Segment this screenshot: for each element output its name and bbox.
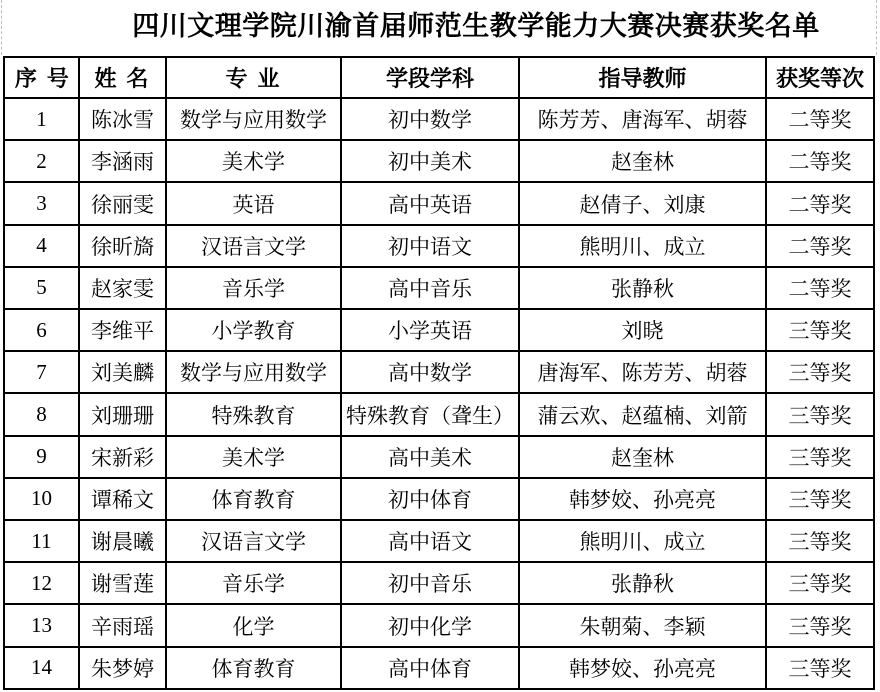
cell-major: 汉语言文学	[166, 520, 341, 562]
cell-name: 赵家雯	[79, 267, 166, 309]
cell-advisors: 赵奎林	[519, 436, 766, 478]
cell-subject: 特殊教育（聋生）	[341, 393, 519, 435]
cell-award: 二等奖	[766, 140, 874, 182]
cell-subject: 初中音乐	[341, 562, 519, 604]
document-page: 四川文理学院川渝首届师范生教学能力大赛决赛获奖名单 序号姓名专业学段学科指导教师…	[0, 0, 880, 692]
cell-name: 陈冰雪	[79, 98, 166, 140]
cell-subject: 初中体育	[341, 478, 519, 520]
table-row: 1陈冰雪数学与应用数学初中数学陈芳芳、唐海军、胡蓉二等奖	[4, 98, 874, 140]
cell-award: 二等奖	[766, 98, 874, 140]
column-header-subject: 学段学科	[341, 57, 519, 98]
cell-no: 6	[4, 309, 79, 351]
cell-advisors: 熊明川、成立	[519, 225, 766, 267]
cell-subject: 高中美术	[341, 436, 519, 478]
cell-award: 三等奖	[766, 309, 874, 351]
cell-name: 李涵雨	[79, 140, 166, 182]
cell-advisors: 刘晓	[519, 309, 766, 351]
cell-advisors: 赵倩子、刘康	[519, 182, 766, 224]
cell-advisors: 朱朝菊、李颖	[519, 604, 766, 646]
cell-no: 7	[4, 351, 79, 393]
cell-name: 刘珊珊	[79, 393, 166, 435]
table-row: 7刘美麟数学与应用数学高中数学唐海军、陈芳芳、胡蓉三等奖	[4, 351, 874, 393]
table-row: 6李维平小学教育小学英语刘晓三等奖	[4, 309, 874, 351]
column-header-award: 获奖等次	[766, 57, 874, 98]
cell-major: 体育教育	[166, 647, 341, 689]
cell-subject: 高中体育	[341, 647, 519, 689]
cell-no: 2	[4, 140, 79, 182]
cell-award: 三等奖	[766, 562, 874, 604]
page-title: 四川文理学院川渝首届师范生教学能力大赛决赛获奖名单	[0, 6, 880, 46]
cell-no: 5	[4, 267, 79, 309]
cell-subject: 初中化学	[341, 604, 519, 646]
cell-name: 谢晨曦	[79, 520, 166, 562]
table-row: 10谭稀文体育教育初中体育韩梦姣、孙亮亮三等奖	[4, 478, 874, 520]
cell-major: 汉语言文学	[166, 225, 341, 267]
table-row: 11谢晨曦汉语言文学高中语文熊明川、成立三等奖	[4, 520, 874, 562]
cell-name: 辛雨瑶	[79, 604, 166, 646]
cell-name: 李维平	[79, 309, 166, 351]
cell-award: 三等奖	[766, 351, 874, 393]
column-header-major: 专业	[166, 57, 341, 98]
cell-advisors: 韩梦姣、孙亮亮	[519, 478, 766, 520]
cell-award: 二等奖	[766, 225, 874, 267]
cell-subject: 高中数学	[341, 351, 519, 393]
cell-major: 英语	[166, 182, 341, 224]
cell-major: 美术学	[166, 140, 341, 182]
cell-name: 徐昕旖	[79, 225, 166, 267]
award-table: 序号姓名专业学段学科指导教师获奖等次 1陈冰雪数学与应用数学初中数学陈芳芳、唐海…	[3, 56, 875, 690]
cell-award: 三等奖	[766, 436, 874, 478]
cell-subject: 高中英语	[341, 182, 519, 224]
cell-advisors: 韩梦姣、孙亮亮	[519, 647, 766, 689]
cell-subject: 初中美术	[341, 140, 519, 182]
cell-award: 三等奖	[766, 647, 874, 689]
cell-award: 三等奖	[766, 393, 874, 435]
table-row: 2李涵雨美术学初中美术赵奎林二等奖	[4, 140, 874, 182]
cell-name: 朱梦婷	[79, 647, 166, 689]
cell-major: 美术学	[166, 436, 341, 478]
table-row: 4徐昕旖汉语言文学初中语文熊明川、成立二等奖	[4, 225, 874, 267]
table-header-row: 序号姓名专业学段学科指导教师获奖等次	[4, 57, 874, 98]
cell-name: 谭稀文	[79, 478, 166, 520]
table-row: 13辛雨瑶化学初中化学朱朝菊、李颖三等奖	[4, 604, 874, 646]
table-row: 5赵家雯音乐学高中音乐张静秋二等奖	[4, 267, 874, 309]
cell-award: 三等奖	[766, 478, 874, 520]
cell-major: 体育教育	[166, 478, 341, 520]
table-row: 3徐丽雯英语高中英语赵倩子、刘康二等奖	[4, 182, 874, 224]
table-body: 1陈冰雪数学与应用数学初中数学陈芳芳、唐海军、胡蓉二等奖2李涵雨美术学初中美术赵…	[4, 98, 874, 689]
cell-no: 4	[4, 225, 79, 267]
cell-no: 12	[4, 562, 79, 604]
cell-no: 11	[4, 520, 79, 562]
cell-name: 刘美麟	[79, 351, 166, 393]
cell-subject: 小学英语	[341, 309, 519, 351]
cell-advisors: 熊明川、成立	[519, 520, 766, 562]
table-row: 14朱梦婷体育教育高中体育韩梦姣、孙亮亮三等奖	[4, 647, 874, 689]
cell-award: 三等奖	[766, 520, 874, 562]
cell-name: 宋新彩	[79, 436, 166, 478]
table-row: 9宋新彩美术学高中美术赵奎林三等奖	[4, 436, 874, 478]
cell-subject: 初中语文	[341, 225, 519, 267]
cell-major: 数学与应用数学	[166, 351, 341, 393]
cell-subject: 初中数学	[341, 98, 519, 140]
cell-major: 小学教育	[166, 309, 341, 351]
column-header-advisors: 指导教师	[519, 57, 766, 98]
cell-major: 特殊教育	[166, 393, 341, 435]
cell-name: 谢雪莲	[79, 562, 166, 604]
column-header-name: 姓名	[79, 57, 166, 98]
cell-no: 8	[4, 393, 79, 435]
cell-advisors: 蒲云欢、赵蕴楠、刘箭	[519, 393, 766, 435]
cell-award: 二等奖	[766, 182, 874, 224]
cell-advisors: 张静秋	[519, 562, 766, 604]
cell-no: 1	[4, 98, 79, 140]
table-row: 8刘珊珊特殊教育特殊教育（聋生）蒲云欢、赵蕴楠、刘箭三等奖	[4, 393, 874, 435]
cell-advisors: 陈芳芳、唐海军、胡蓉	[519, 98, 766, 140]
cell-no: 14	[4, 647, 79, 689]
cell-major: 音乐学	[166, 267, 341, 309]
column-header-no: 序号	[4, 57, 79, 98]
cell-no: 9	[4, 436, 79, 478]
cell-name: 徐丽雯	[79, 182, 166, 224]
table-row: 12谢雪莲音乐学初中音乐张静秋三等奖	[4, 562, 874, 604]
cell-no: 13	[4, 604, 79, 646]
cell-advisors: 赵奎林	[519, 140, 766, 182]
cell-award: 二等奖	[766, 267, 874, 309]
cell-subject: 高中音乐	[341, 267, 519, 309]
cell-advisors: 唐海军、陈芳芳、胡蓉	[519, 351, 766, 393]
cell-major: 数学与应用数学	[166, 98, 341, 140]
cell-major: 化学	[166, 604, 341, 646]
cell-award: 三等奖	[766, 604, 874, 646]
cell-no: 10	[4, 478, 79, 520]
cell-subject: 高中语文	[341, 520, 519, 562]
cell-major: 音乐学	[166, 562, 341, 604]
cell-advisors: 张静秋	[519, 267, 766, 309]
cell-no: 3	[4, 182, 79, 224]
